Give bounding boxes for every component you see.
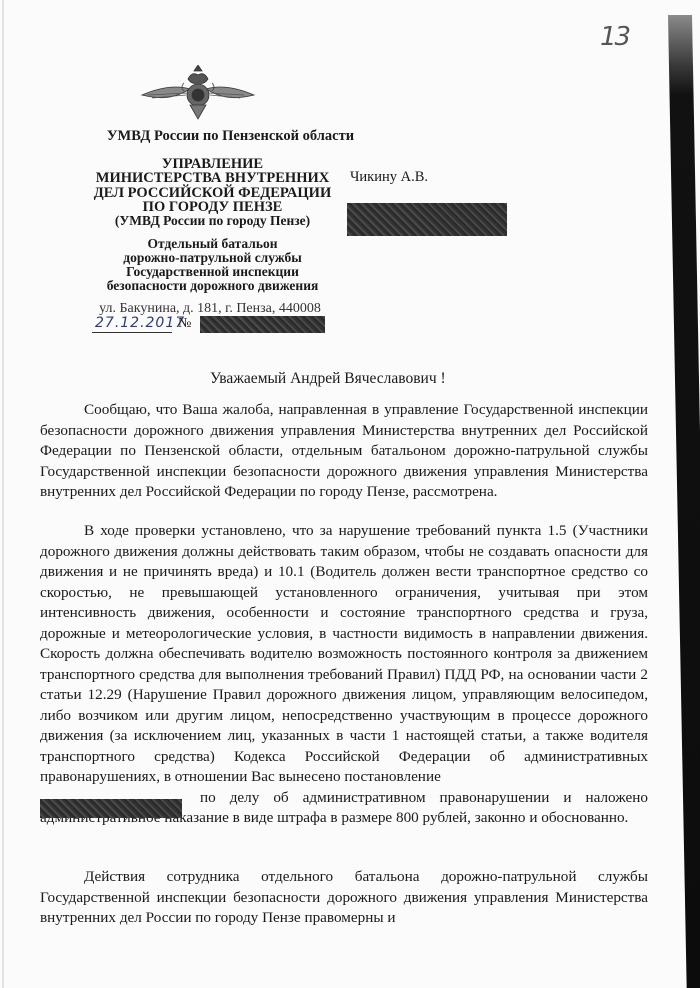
handwritten-page-number: 13 — [600, 22, 629, 52]
paragraph-text: В ходе проверки установлено, что за нару… — [40, 522, 648, 785]
handwritten-date: 27.12.2017 — [95, 315, 185, 331]
paragraph-text: Действия сотрудника отдельного батальона… — [40, 867, 648, 929]
salutation: Уважаемый Андрей Вячеславович ! — [210, 370, 446, 388]
unit-line: Государственной инспекции — [70, 265, 355, 279]
redacted-outgoing-number — [200, 316, 325, 333]
unit-line: безопасности дорожного движения — [70, 279, 355, 293]
number-label: № — [178, 316, 191, 332]
redacted-recipient-address — [347, 203, 507, 236]
date-underline — [92, 332, 172, 333]
paragraph-text: Сообщаю, что Ваша жалоба, направленная в… — [40, 400, 648, 503]
scan-left-edge — [2, 0, 4, 988]
recipient-name: Чикину А.В. — [350, 169, 428, 186]
department-line: МИНИСТЕРСТВА ВНУТРЕННИХ — [70, 171, 355, 186]
department-abbrev: (УМВД России по городу Пензе) — [70, 214, 355, 229]
scanned-letter-page: 13 УМВД России по Пензенской области УПР… — [0, 0, 700, 988]
parent-org-title: УМВД России по Пензенской области — [88, 128, 373, 145]
letter-paragraph-3: Действия сотрудника отдельного батальона… — [40, 867, 648, 929]
letter-paragraph-2: В ходе проверки установлено, что за нару… — [40, 521, 648, 829]
scan-dark-edge — [668, 15, 700, 988]
letter-paragraph-1: Сообщаю, что Ваша жалоба, направленная в… — [40, 400, 648, 503]
unit-line: дорожно-патрульной службы — [70, 251, 355, 265]
mvd-emblem-icon — [140, 65, 256, 123]
unit-line: Отдельный батальон — [70, 237, 355, 251]
redacted-decree-number — [40, 799, 182, 818]
